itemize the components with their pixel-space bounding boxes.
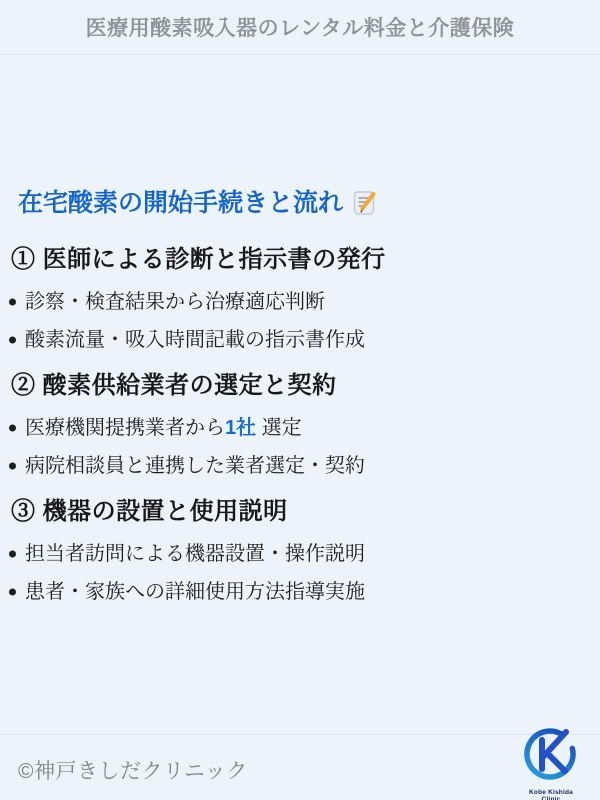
page: 医療用酸素吸入器のレンタル料金と介護保険 在宅酸素の開始手続きと流れ ① 医師に…: [0, 0, 600, 800]
clinic-logo: Kobe Kishida Clinic: [519, 725, 583, 800]
list-item: 医療機関提携業者から1社 選定: [0, 409, 600, 447]
bullet-suffix: 選定: [256, 417, 302, 439]
step-1-title: ① 医師による診断と指示書の発行: [11, 245, 600, 275]
memo-icon: [352, 190, 378, 216]
clinic-logo-icon: [522, 725, 580, 783]
page-title: 医療用酸素吸入器のレンタル料金と介護保険: [86, 12, 515, 42]
bullet-text: 病院相談員と連携した業者選定・契約: [25, 455, 365, 477]
footer: ©神戸きしだクリニック Kobe Kishida Clinic: [0, 734, 600, 800]
bullet-text: 診察・検査結果から治療適応判断: [25, 291, 325, 313]
header: 医療用酸素吸入器のレンタル料金と介護保険: [0, 0, 600, 55]
list-item: 診察・検査結果から治療適応判断: [0, 283, 600, 321]
bullet-highlight: 1社: [225, 417, 256, 439]
copyright-text: ©神戸きしだクリニック: [18, 755, 248, 785]
bullet-text: 患者・家族への詳細使用方法指導実施: [25, 581, 365, 603]
bullet-text: 医療機関提携業者から: [25, 417, 225, 439]
bullet-text: 酸素流量・吸入時間記載の指示書作成: [25, 329, 365, 351]
main-content: 在宅酸素の開始手続きと流れ ① 医師による診断と指示書の発行 診察・検査結果から…: [0, 188, 600, 611]
list-item: 病院相談員と連携した業者選定・契約: [0, 447, 600, 485]
bullet-text: 担当者訪問による機器設置・操作説明: [25, 543, 365, 565]
step-2: ② 酸素供給業者の選定と契約 医療機関提携業者から1社 選定 病院相談員と連携し…: [0, 371, 600, 485]
clinic-logo-text: Kobe Kishida Clinic: [519, 789, 583, 800]
step-2-title: ② 酸素供給業者の選定と契約: [11, 371, 600, 401]
section-lead-heading: 在宅酸素の開始手続きと流れ: [18, 188, 600, 218]
list-item: 酸素流量・吸入時間記載の指示書作成: [0, 321, 600, 359]
step-3-title: ③ 機器の設置と使用説明: [11, 497, 600, 527]
step-3: ③ 機器の設置と使用説明 担当者訪問による機器設置・操作説明 患者・家族への詳細…: [0, 497, 600, 611]
step-3-list: 担当者訪問による機器設置・操作説明 患者・家族への詳細使用方法指導実施: [0, 535, 600, 611]
list-item: 患者・家族への詳細使用方法指導実施: [0, 573, 600, 611]
step-2-list: 医療機関提携業者から1社 選定 病院相談員と連携した業者選定・契約: [0, 409, 600, 485]
step-1-list: 診察・検査結果から治療適応判断 酸素流量・吸入時間記載の指示書作成: [0, 283, 600, 359]
list-item: 担当者訪問による機器設置・操作説明: [0, 535, 600, 573]
lead-heading-text: 在宅酸素の開始手続きと流れ: [18, 188, 343, 218]
step-1: ① 医師による診断と指示書の発行 診察・検査結果から治療適応判断 酸素流量・吸入…: [0, 245, 600, 359]
